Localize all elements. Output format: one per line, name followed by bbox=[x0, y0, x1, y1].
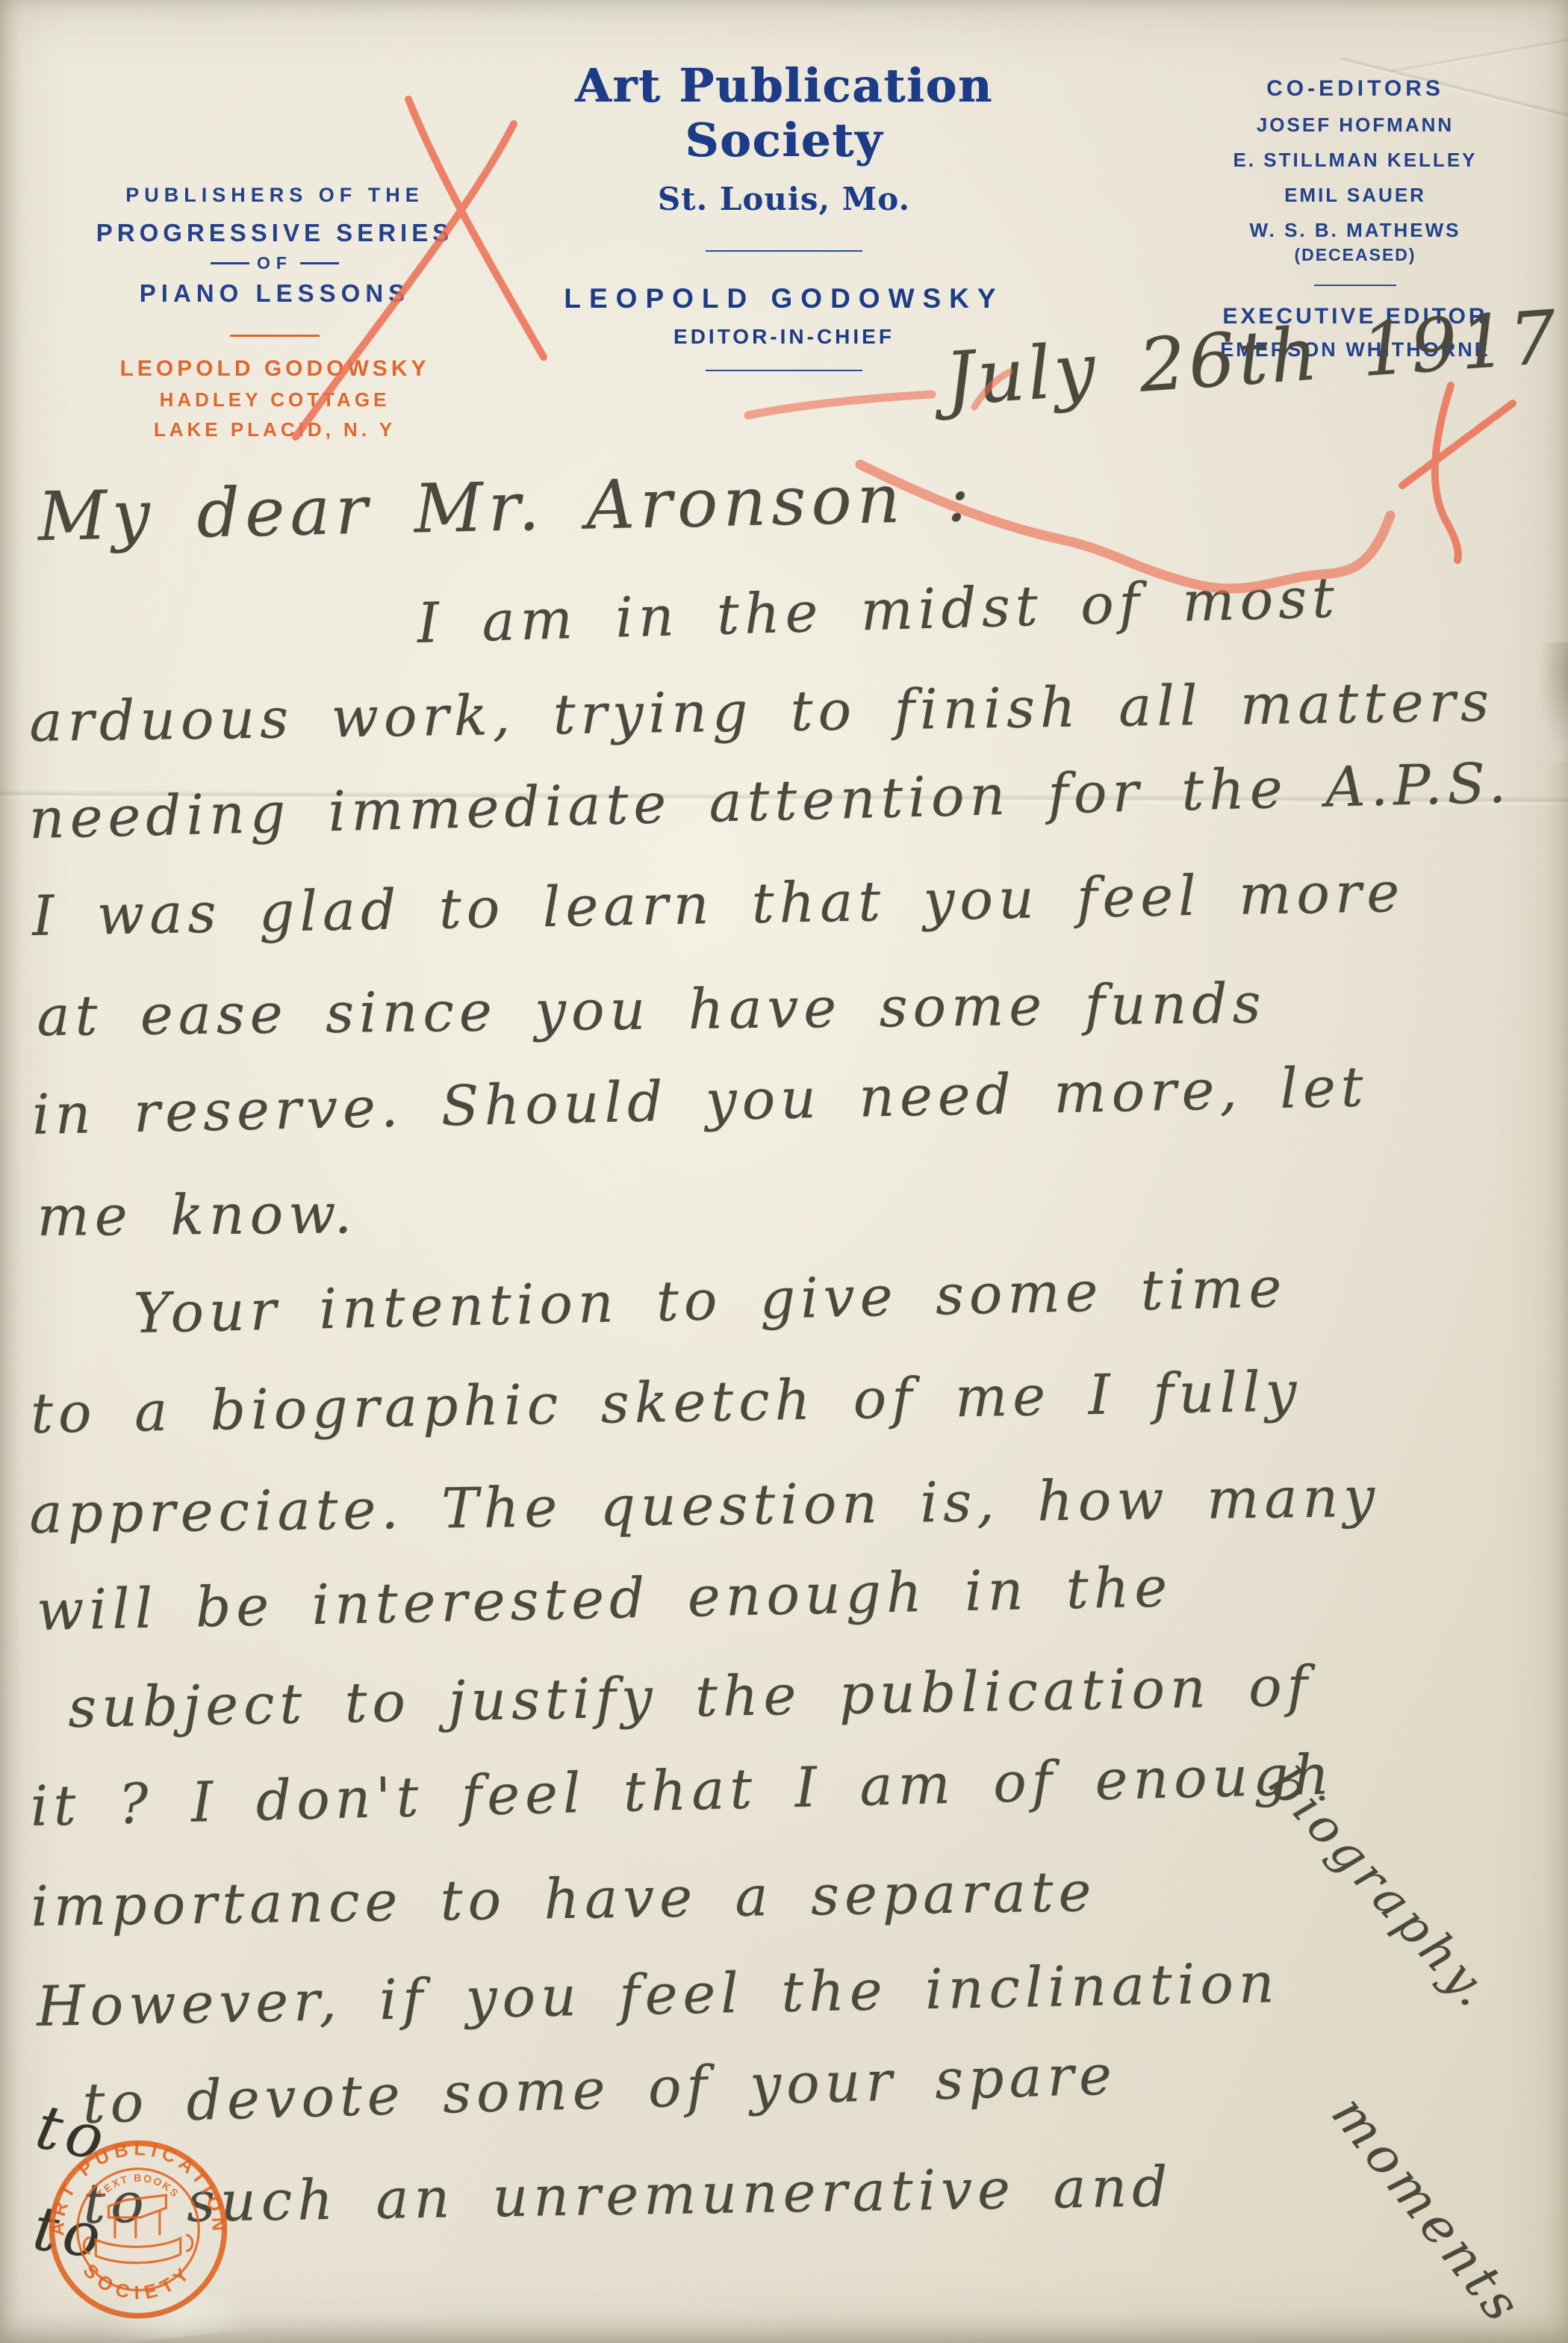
body-line: However, if you feel the inclination bbox=[36, 1951, 1280, 2039]
coeditors-heading: CO-EDITORS bbox=[1183, 76, 1527, 102]
center-divider-1 bbox=[706, 250, 862, 252]
coeditor-name: EMIL SAUER bbox=[1183, 184, 1527, 207]
body-line: to such an unremunerative and bbox=[83, 2155, 1173, 2236]
of-line: OF bbox=[81, 253, 469, 273]
body-line: to a biographic sketch of me I fully bbox=[30, 1359, 1302, 1446]
body-line: at ease since you have some funds bbox=[37, 972, 1266, 1049]
orange-divider bbox=[230, 335, 320, 337]
society-title: Art Publication Society bbox=[485, 58, 1083, 167]
deceased-note: (DECEASED) bbox=[1183, 245, 1527, 265]
coeditor-name: E. STILLMAN KELLEY bbox=[1183, 149, 1527, 172]
body-line: I was glad to learn that you feel more bbox=[31, 860, 1404, 949]
body-line: Your intention to give some time bbox=[133, 1256, 1287, 1346]
margin-word-biography: biography. bbox=[1258, 1757, 1504, 2021]
body-line: arduous work, trying to finish all matte… bbox=[29, 670, 1495, 754]
dash-right bbox=[300, 262, 339, 264]
body-line: me know. bbox=[37, 1182, 357, 1249]
owner-name: LEOPOLD GODOWSKY bbox=[81, 356, 469, 382]
letterhead-left-block: PUBLISHERS OF THE PROGRESSIVE SERIES OF … bbox=[81, 184, 469, 441]
publishers-line: PUBLISHERS OF THE bbox=[81, 184, 469, 207]
body-line: it ? I don't feel that I am of enough bbox=[30, 1742, 1335, 1839]
margin-word-moments: moments bbox=[1320, 2085, 1534, 2336]
center-divider-2 bbox=[706, 370, 862, 371]
owner-city: LAKE PLACID, N. Y bbox=[81, 418, 469, 441]
dash-left bbox=[211, 262, 249, 264]
coeditor-name: JOSEF HOFMANN bbox=[1183, 114, 1527, 137]
edge-tear-bottom-left bbox=[87, 2277, 256, 2343]
salutation: My dear Mr. Aronson : bbox=[37, 459, 976, 556]
series-line: PROGRESSIVE SERIES bbox=[81, 219, 469, 247]
owner-cottage: HADLEY COTTAGE bbox=[81, 388, 469, 412]
body-line: needing immediate attention for the A.P.… bbox=[28, 751, 1512, 851]
editor-name: LEOPOLD GODOWSKY bbox=[485, 283, 1083, 314]
body-line: in reserve. Should you need more, let bbox=[31, 1055, 1369, 1147]
letter-page: PUBLISHERS OF THE PROGRESSIVE SERIES OF … bbox=[0, 0, 1568, 2343]
body-line: appreciate. The question is, how many bbox=[29, 1465, 1381, 1546]
society-city: St. Louis, Mo. bbox=[485, 181, 1083, 217]
coeditor-name: W. S. B. MATHEWS bbox=[1183, 219, 1527, 242]
edge-nick-right bbox=[1538, 642, 1568, 762]
right-divider bbox=[1314, 285, 1396, 286]
body-line: to devote some of your spare bbox=[82, 2043, 1118, 2136]
body-line: importance to have a separate bbox=[31, 1860, 1097, 1939]
margin-word-to-1: to bbox=[30, 2091, 115, 2176]
body-line: subject to justify the publication of bbox=[67, 1654, 1313, 1740]
letterhead-center-block: Art Publication Society St. Louis, Mo. L… bbox=[485, 58, 1083, 371]
corner-crease-topright-2 bbox=[1390, 35, 1568, 75]
body-line: will be interested enough in the bbox=[36, 1555, 1173, 1643]
piano-lessons-line: PIANO LESSONS bbox=[81, 279, 469, 308]
of-text: OF bbox=[257, 253, 293, 273]
margin-word-to-2: to bbox=[29, 2193, 111, 2273]
body-line: I am in the midst of most bbox=[417, 566, 1340, 656]
